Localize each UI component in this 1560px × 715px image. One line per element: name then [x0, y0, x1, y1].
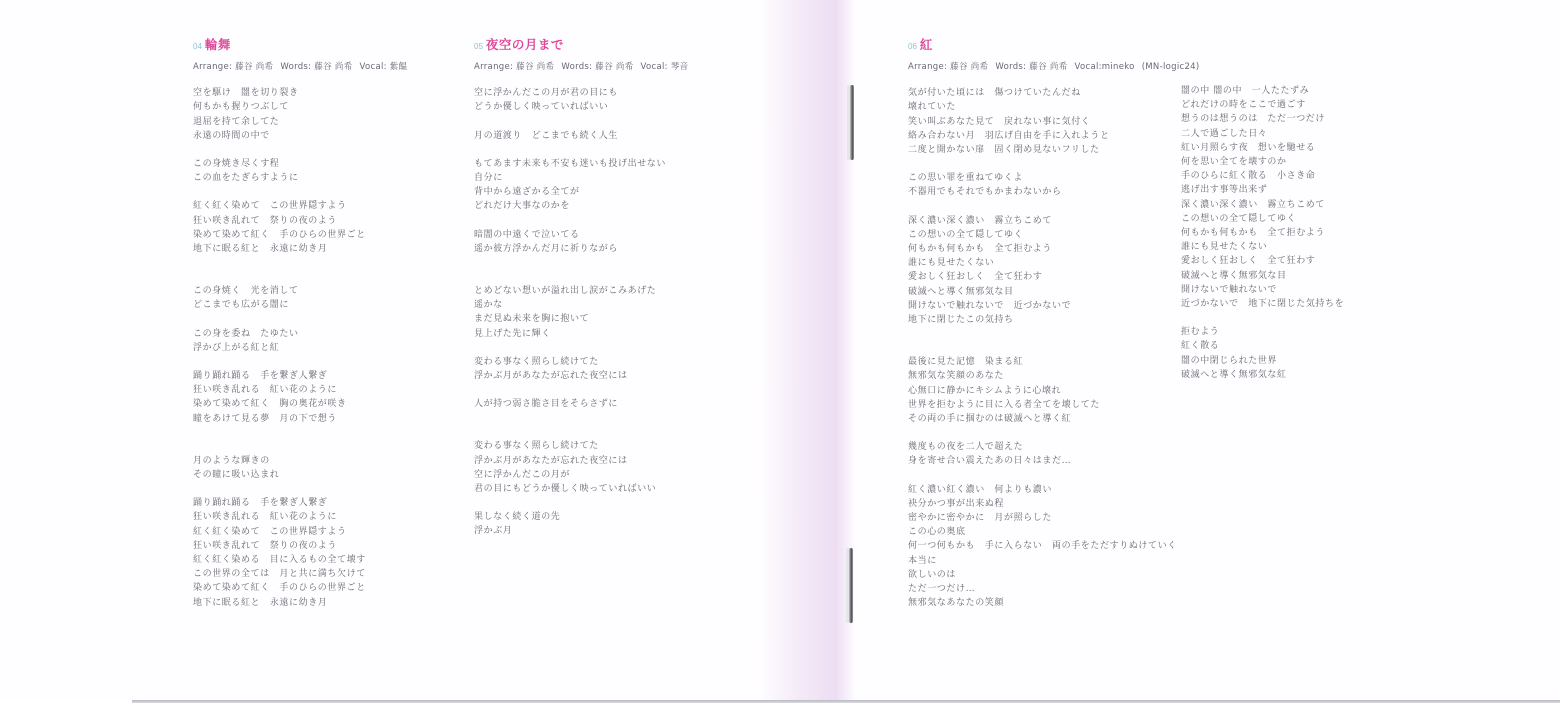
lyric-line: 紅く散る	[1181, 339, 1344, 353]
lyric-line: 遥か彼方浮かんだ月に祈りながら	[474, 242, 692, 256]
lyric-line: 何もかも握りつぶして	[193, 100, 411, 114]
lyric-line: 浮かぶ月があなたが忘れた夜空には	[474, 369, 692, 383]
lyric-line: 近づかないで 地下に閉じた気持ちを	[1181, 297, 1344, 311]
lyric-line: 瞳をあけて見る夢 月の下で想う	[193, 412, 411, 426]
song-title: 紅	[920, 38, 933, 52]
lyric-line: 見上げた先に輝く	[474, 327, 692, 341]
booklet-fold	[760, 0, 855, 700]
lyric-line: 誰にも見せたくない	[1181, 240, 1344, 254]
lyric-line: 闇の中閉じられた世界	[1181, 354, 1344, 368]
staple-top	[850, 85, 854, 160]
lyric-line: その瞳に吸い込まれ	[193, 468, 411, 482]
lyrics-body: 空を駆け 闇を切り裂き何もかも握りつぶして退屈を持て余してた永遠の時間の中でこの…	[193, 86, 411, 610]
lyric-line: 遥かな	[474, 298, 692, 312]
words-credit: Words: 藤谷 尚希	[280, 62, 352, 72]
lyric-stanza: 変わる事なく照らし続けてた浮かぶ月があなたが忘れた夜空には	[474, 355, 692, 383]
lyric-line: 何もかも何もかも 全て拒むよう	[908, 242, 1204, 256]
lyric-line: 壊れていた	[908, 100, 1204, 114]
lyric-line: 笑い叫ぶあなた見て 戻れない事に気付く	[908, 115, 1204, 129]
lyric-line: 深く濃い深く濃い 霧立ちこめて	[908, 214, 1204, 228]
staple-bottom	[849, 548, 853, 623]
song-credits: Arrange: 藤谷 尚希 Words: 藤谷 尚希 Vocal:mineko…	[908, 60, 1204, 74]
lyric-line: どこまでも広がる闇に	[193, 298, 411, 312]
lyric-line: 狂い咲き乱れる 紅い花のように	[193, 383, 411, 397]
lyric-line: 何を思い全てを壊すのか	[1181, 155, 1344, 169]
arrange-credit: Arrange: 藤谷 尚希	[474, 62, 554, 72]
lyric-line: 空に浮かんだこの月が	[474, 468, 692, 482]
lyric-line: その両の手に掴むのは破滅へと導く紅	[908, 412, 1204, 426]
lyric-line: 自分に	[474, 171, 692, 185]
lyric-line: 不器用でもそれでもかまわないから	[908, 185, 1204, 199]
lyric-line: 紅く紅く染めて この世界隠すよう	[193, 525, 411, 539]
lyric-line: 袂分かつ事が出来ぬ程	[908, 497, 1204, 511]
lyrics-body: 闇の中 闇の中 一人たたずみどれだけの時をここで過ごす想うのは想うのは ただ一つ…	[1181, 84, 1344, 382]
lyric-line: 染めて染めて紅く 手のひらの世界ごと	[193, 581, 411, 595]
lyric-line: 背中から遠ざかる全てが	[474, 185, 692, 199]
track-number: 05	[474, 40, 483, 54]
lyric-line: 地下に眠る紅と 永遠に幼き月	[193, 596, 411, 610]
lyric-line: 浮かび上がる紅と紅	[193, 341, 411, 355]
lyric-line: 無邪気なあなたの笑顔	[908, 596, 1204, 610]
lyric-stanza: もてあます未来も不安も迷いも投げ出せない自分に背中から遠ざかる全てがどれだけ大事…	[474, 157, 692, 214]
lyric-line: 紅い月照らす夜 想いを馳せる	[1181, 141, 1344, 155]
song-header: 04 輪舞	[193, 38, 411, 56]
lyric-line: 本当に	[908, 554, 1204, 568]
lyric-line: 何もかも何もかも 全て拒むよう	[1181, 226, 1344, 240]
lyric-line: 狂い咲き乱れて 祭りの夜のよう	[193, 214, 411, 228]
lyric-line: 破滅へと導く無邪気な目	[908, 285, 1204, 299]
lyric-line: 暗闇の中遠くで泣いてる	[474, 228, 692, 242]
lyric-line: この血をたぎらすように	[193, 171, 411, 185]
lyric-stanza: 闇の中 闇の中 一人たたずみどれだけの時をここで過ごす想うのは想うのは ただ一つ…	[1181, 84, 1344, 311]
lyric-line: 逃げ出す事等出来ず	[1181, 183, 1344, 197]
lyric-line: 空を駆け 闇を切り裂き	[193, 86, 411, 100]
song-header: 05 夜空の月まで	[474, 38, 692, 56]
lyric-line: どれだけ大事なのかを	[474, 199, 692, 213]
lyric-stanza: 空に浮かんだこの月が君の目にもどうか優しく映っていればいい	[474, 86, 692, 114]
lyric-line: 誰にも見せたくない	[908, 256, 1204, 270]
lyric-line: 退屈を持て余してた	[193, 115, 411, 129]
lyric-stanza: この身焼く 光を消してどこまでも広がる闇に	[193, 284, 411, 312]
lyric-stanza: 気が付いた頃には 傷つけていたんだね壊れていた笑い叫ぶあなた見て 戻れない事に気…	[908, 86, 1204, 157]
lyric-line: この想いの全て隠してゆく	[1181, 212, 1344, 226]
song-05-yozora-no-tsuki-made: 05 夜空の月まで Arrange: 藤谷 尚希 Words: 藤谷 尚希 Vo…	[474, 38, 692, 553]
lyric-stanza: 暗闇の中遠くで泣いてる遥か彼方浮かんだ月に祈りながら	[474, 228, 692, 256]
lyric-line: この身を委ね たゆたい	[193, 327, 411, 341]
lyric-line: 踊り踊れ踊る 手を繋ぎ人繋ぎ	[193, 496, 411, 510]
lyric-line: 世界を拒むように目に入る者全てを壊してた	[908, 398, 1204, 412]
lyric-line: 愛おしく狂おしく 全て狂わす	[908, 270, 1204, 284]
lyric-line: 絡み合わない月 羽広げ自由を手に入れようと	[908, 129, 1204, 143]
lyrics-body: 空に浮かんだこの月が君の目にもどうか優しく映っていればいい月の道渡り どこまでも…	[474, 86, 692, 538]
lyric-line: 身を寄せ合い震えたあの日々はまだ…	[908, 454, 1204, 468]
lyric-line: 手のひらに紅く散る 小さき命	[1181, 169, 1344, 183]
track-number: 04	[193, 40, 202, 54]
cd-booklet-spread: 04 輪舞 Arrange: 藤谷 尚希 Words: 藤谷 尚希 Vocal:…	[0, 0, 1560, 700]
lyric-stanza: 紅く紅く染めて この世界隠すよう狂い咲き乱れて 祭りの夜のよう染めて染めて紅く …	[193, 199, 411, 256]
lyric-line: 幾度もの夜を二人で超えた	[908, 440, 1204, 454]
lyric-line: 何一つ何もかも 手に入らない 両の手をただすりぬけていく	[908, 539, 1204, 553]
lyric-stanza: この思い罪を重ねてゆくよ不器用でもそれでもかまわないから	[908, 171, 1204, 199]
lyric-line: 愛おしく狂おしく 全て狂わす	[1181, 254, 1344, 268]
arrange-credit: Arrange: 藤谷 尚希	[193, 62, 273, 72]
song-credits: Arrange: 藤谷 尚希 Words: 藤谷 尚希 Vocal: 琴音	[474, 60, 692, 74]
vocal-credit: Vocal: 琴音	[641, 62, 689, 72]
lyric-line: 紅く濃い紅く濃い 何よりも濃い	[908, 483, 1204, 497]
lyric-line: 欲しいのは	[908, 568, 1204, 582]
song-06-kurenai-column-2: 闇の中 闇の中 一人たたずみどれだけの時をここで過ごす想うのは想うのは ただ一つ…	[1181, 84, 1344, 396]
lyric-line: ただ一つだけ…	[908, 582, 1204, 596]
lyric-stanza: 紅く濃い紅く濃い 何よりも濃い袂分かつ事が出来ぬ程密やかに密やかに 月が照らした…	[908, 483, 1204, 611]
lyric-line: この思い罪を重ねてゆくよ	[908, 171, 1204, 185]
lyric-line: 深く濃い深く濃い 霧立ちこめて	[1181, 198, 1344, 212]
lyric-stanza: 踊り踊れ踊る 手を繋ぎ人繋ぎ狂い咲き乱れる 紅い花のように紅く紅く染めて この世…	[193, 496, 411, 610]
lyric-line: 無邪気な笑顔のあなた	[908, 369, 1204, 383]
lyric-line: 破滅へと導く無邪気な紅	[1181, 368, 1344, 382]
lyric-stanza: 月のような輝きのその瞳に吸い込まれ	[193, 454, 411, 482]
lyric-line: 地下に眠る紅と 永遠に幼き月	[193, 242, 411, 256]
lyric-line: 変わる事なく照らし続けてた	[474, 439, 692, 453]
lyric-line: まだ見ぬ未来を胸に抱いて	[474, 312, 692, 326]
lyric-stanza: 拒むよう紅く散る闇の中閉じられた世界破滅へと導く無邪気な紅	[1181, 325, 1344, 382]
lyric-stanza: この身を委ね たゆたい浮かび上がる紅と紅	[193, 327, 411, 355]
track-number: 06	[908, 40, 917, 54]
lyric-line: 心無口に静かにキシムように心壊れ	[908, 384, 1204, 398]
lyric-line: 踊り踊れ踊る 手を繋ぎ人繋ぎ	[193, 369, 411, 383]
song-header: 06 紅	[908, 38, 1204, 56]
lyric-line: この世界の全ては 月と共に満ち欠けて	[193, 567, 411, 581]
lyric-line: 二度と開かない扉 固く閉め見ないフリした	[908, 143, 1204, 157]
lyric-stanza: この身焼き尽くす程この血をたぎらすように	[193, 157, 411, 185]
song-04-rinbu: 04 輪舞 Arrange: 藤谷 尚希 Words: 藤谷 尚希 Vocal:…	[193, 38, 411, 624]
lyric-line: 地下に閉じたこの気持ち	[908, 313, 1204, 327]
lyric-stanza: 果しなく続く道の先浮かぶ月	[474, 510, 692, 538]
lyric-line: 拒むよう	[1181, 325, 1344, 339]
lyric-line: 開けないで触れないで 近づかないで	[908, 299, 1204, 313]
booklet-bottom-edge	[132, 700, 1560, 703]
lyric-line: 密やかに密やかに 月が照らした	[908, 511, 1204, 525]
words-credit: Words: 藤谷 尚希	[561, 62, 633, 72]
lyric-line: とめどない想いが溢れ出し涙がこみあげた	[474, 284, 692, 298]
vocal-credit-note: (MN-logic24)	[1142, 62, 1200, 72]
lyric-line: 想うのは想うのは ただ一つだけ	[1181, 112, 1344, 126]
lyric-line: 染めて染めて紅く 手のひらの世界ごと	[193, 228, 411, 242]
lyric-line: 浮かぶ月があなたが忘れた夜空には	[474, 454, 692, 468]
song-title: 輪舞	[205, 38, 231, 52]
lyric-line: この身焼く 光を消して	[193, 284, 411, 298]
lyric-stanza: 人が持つ弱さ脆さ目をそらさずに	[474, 397, 692, 411]
words-credit: Words: 藤谷 尚希	[995, 62, 1067, 72]
arrange-credit: Arrange: 藤谷 尚希	[908, 62, 988, 72]
song-06-kurenai: 06 紅 Arrange: 藤谷 尚希 Words: 藤谷 尚希 Vocal:m…	[908, 38, 1204, 625]
lyric-line: 染めて染めて紅く 胸の奥花が咲き	[193, 397, 411, 411]
lyric-line: この心の奥底	[908, 525, 1204, 539]
lyric-line: 永遠の時間の中で	[193, 129, 411, 143]
lyric-line: 破滅へと導く無邪気な目	[1181, 269, 1344, 283]
lyric-line: 気が付いた頃には 傷つけていたんだね	[908, 86, 1204, 100]
lyric-stanza: 踊り踊れ踊る 手を繋ぎ人繋ぎ狂い咲き乱れる 紅い花のように染めて染めて紅く 胸の…	[193, 369, 411, 426]
lyric-line: 変わる事なく照らし続けてた	[474, 355, 692, 369]
lyric-line: 狂い咲き乱れて 祭りの夜のよう	[193, 539, 411, 553]
lyric-line: 君の目にもどうか優しく映っていればいい	[474, 482, 692, 496]
lyric-stanza: 月の道渡り どこまでも続く人生	[474, 129, 692, 143]
lyric-line: 闇の中 闇の中 一人たたずみ	[1181, 84, 1344, 98]
lyric-line: どれだけの時をここで過ごす	[1181, 98, 1344, 112]
lyric-line: 月の道渡り どこまでも続く人生	[474, 129, 692, 143]
lyric-line: もてあます未来も不安も迷いも投げ出せない	[474, 157, 692, 171]
lyric-line: この想いの全て隠してゆく	[908, 228, 1204, 242]
lyric-line: 最後に見た記憶 染まる紅	[908, 355, 1204, 369]
lyric-line: 人が持つ弱さ脆さ目をそらさずに	[474, 397, 692, 411]
lyric-line: 空に浮かんだこの月が君の目にも	[474, 86, 692, 100]
lyric-stanza: 幾度もの夜を二人で超えた身を寄せ合い震えたあの日々はまだ…	[908, 440, 1204, 468]
lyric-line: どうか優しく映っていればいい	[474, 100, 692, 114]
song-credits: Arrange: 藤谷 尚希 Words: 藤谷 尚希 Vocal: 紫饂	[193, 60, 411, 74]
song-title: 夜空の月まで	[486, 38, 564, 52]
lyric-stanza: 空を駆け 闇を切り裂き何もかも握りつぶして退屈を持て余してた永遠の時間の中で	[193, 86, 411, 143]
lyrics-body: 気が付いた頃には 傷つけていたんだね壊れていた笑い叫ぶあなた見て 戻れない事に気…	[908, 86, 1204, 610]
lyric-stanza: 最後に見た記憶 染まる紅無邪気な笑顔のあなた心無口に静かにキシムように心壊れ世界…	[908, 355, 1204, 426]
lyric-line: 浮かぶ月	[474, 524, 692, 538]
lyric-line: 狂い咲き乱れる 紅い花のように	[193, 510, 411, 524]
lyric-line: この身焼き尽くす程	[193, 157, 411, 171]
lyric-stanza: 深く濃い深く濃い 霧立ちこめてこの想いの全て隠してゆく何もかも何もかも 全て拒む…	[908, 214, 1204, 328]
lyric-line: 紅く紅く染める 目に入るもの全て壊す	[193, 553, 411, 567]
lyric-line: 月のような輝きの	[193, 454, 411, 468]
vocal-credit: Vocal: 紫饂	[360, 62, 408, 72]
lyric-line: 二人で過ごした日々	[1181, 127, 1344, 141]
lyric-line: 開けないで触れないで	[1181, 283, 1344, 297]
vocal-credit: Vocal:mineko	[1075, 62, 1135, 72]
lyric-line: 果しなく続く道の先	[474, 510, 692, 524]
lyric-stanza: 変わる事なく照らし続けてた浮かぶ月があなたが忘れた夜空には空に浮かんだこの月が君…	[474, 439, 692, 496]
lyric-line: 紅く紅く染めて この世界隠すよう	[193, 199, 411, 213]
lyric-stanza: とめどない想いが溢れ出し涙がこみあげた遥かなまだ見ぬ未来を胸に抱いて見上げた先に…	[474, 284, 692, 341]
